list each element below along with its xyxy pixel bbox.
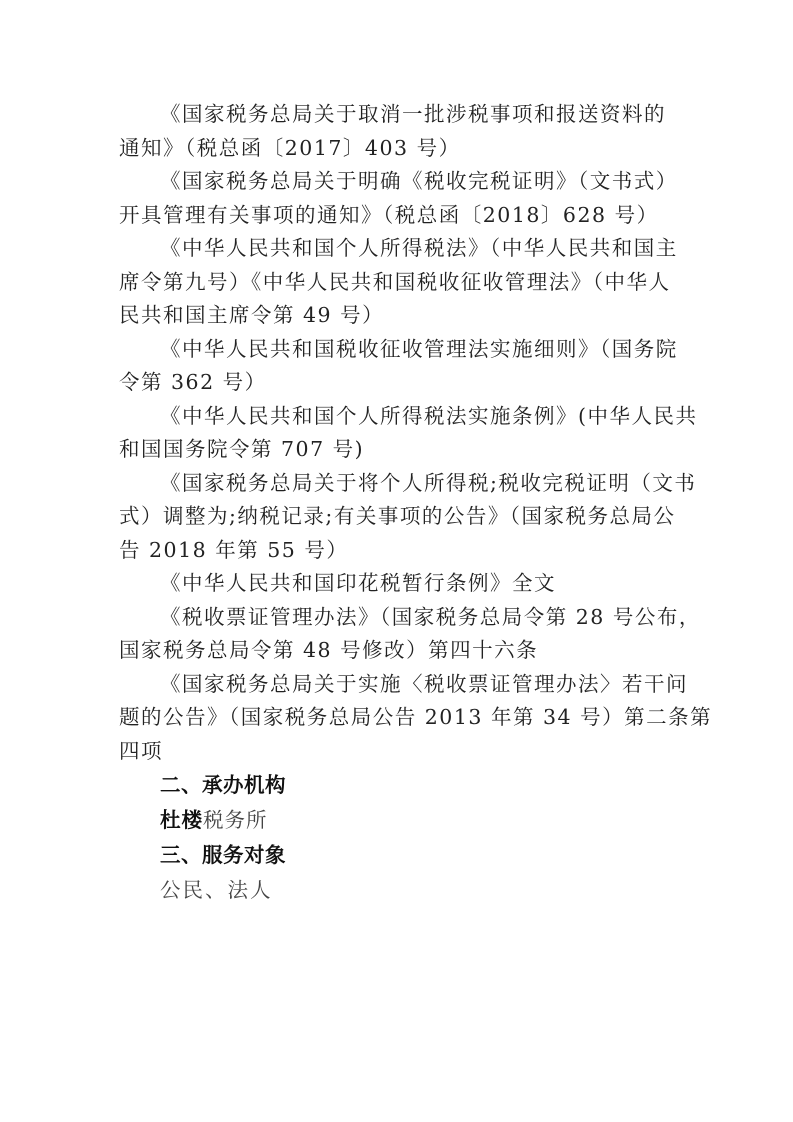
reference-line: 令第 362 号） [119,366,675,400]
reference-line: 告 2018 年第 55 号） [119,534,675,568]
reference-line: 《中华人民共和国个人所得税法》（中华人民共和国主 [119,232,675,266]
reference-line: 国家税务总局令第 48 号修改）第四十六条 [119,634,675,668]
reference-line: 民共和国主席令第 49 号） [119,299,675,333]
reference-line: 《国家税务总局关于取消一批涉税事项和报送资料的 [119,98,675,132]
reference-line: 通知》（税总函〔2017〕403 号） [119,132,675,166]
reference-item: 《国家税务总局关于将个人所得税;税收完税证明（文书 式）调整为;纳税记录;有关事… [119,467,675,568]
handling-agency-text: 杜楼税务所 [119,803,675,838]
reference-line: 开具管理有关事项的通知》（税总函〔2018〕628 号） [119,199,675,233]
reference-line: 《国家税务总局关于实施〈税收票证管理办法〉若干问 [119,668,675,702]
reference-line: 四项 [119,735,675,769]
section-heading-handling-agency: 二、承办机构 [119,768,675,803]
service-target-text: 公民、法人 [119,873,675,908]
reference-line: 《国家税务总局关于明确《税收完税证明》（文书式） [119,165,675,199]
reference-line: 《中华人民共和国个人所得税法实施条例》(中华人民共 [119,400,675,434]
reference-item: 《中华人民共和国印花税暂行条例》全文 [119,567,675,601]
reference-item: 《税收票证管理办法》（国家税务总局令第 28 号公布， 国家税务总局令第 48 … [119,601,675,668]
reference-line: 《中华人民共和国印花税暂行条例》全文 [119,567,675,601]
reference-line: 和国国务院令第 707 号) [119,433,675,467]
reference-item: 《国家税务总局关于取消一批涉税事项和报送资料的 通知》（税总函〔2017〕403… [119,98,675,165]
reference-line: 式）调整为;纳税记录;有关事项的公告》（国家税务总局公 [119,500,675,534]
reference-line: 题的公告》（国家税务总局公告 2013 年第 34 号）第二条第 [119,701,675,735]
reference-item: 《中华人民共和国税收征收管理法实施细则》（国务院 令第 362 号） [119,333,675,400]
agency-name-rest: 税务所 [203,808,268,832]
document-page: 《国家税务总局关于取消一批涉税事项和报送资料的 通知》（税总函〔2017〕403… [119,98,675,908]
section-heading-service-target: 三、服务对象 [119,838,675,873]
reference-line: 《国家税务总局关于将个人所得税;税收完税证明（文书 [119,467,675,501]
reference-item: 《国家税务总局关于实施〈税收票证管理办法〉若干问 题的公告》（国家税务总局公告 … [119,668,675,769]
agency-name-bold: 杜楼 [160,808,203,832]
reference-item: 《中华人民共和国个人所得税法》（中华人民共和国主 席令第九号）《中华人民共和国税… [119,232,675,333]
reference-line: 席令第九号）《中华人民共和国税收征收管理法》（中华人 [119,266,675,300]
reference-line: 《税收票证管理办法》（国家税务总局令第 28 号公布， [119,601,675,635]
reference-line: 《中华人民共和国税收征收管理法实施细则》（国务院 [119,333,675,367]
reference-item: 《国家税务总局关于明确《税收完税证明》（文书式） 开具管理有关事项的通知》（税总… [119,165,675,232]
reference-item: 《中华人民共和国个人所得税法实施条例》(中华人民共 和国国务院令第 707 号) [119,400,675,467]
